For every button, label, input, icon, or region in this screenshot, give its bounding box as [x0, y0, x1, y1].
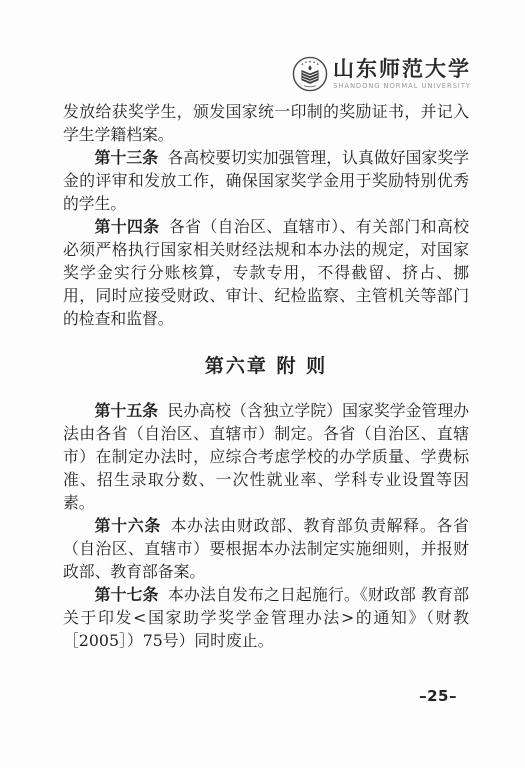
paragraph-article-14: 第十四条各省（自治区、直辖市）、有关部门和高校必须严格执行国家相关财经法规和本办… — [63, 215, 469, 330]
paragraph-continuation: 发放给获奖学生，颁发国家统一印制的奖励证书，并记入学生学籍档案。 — [63, 100, 469, 146]
article-13-label: 第十三条 — [95, 148, 158, 167]
article-15-label: 第十五条 — [95, 401, 158, 420]
chapter-heading: 第六章 附 则 — [63, 355, 469, 378]
paragraph-article-16: 第十六条本办法由财政部、教育部负责解释。各省（自治区、直辖市）要根据本办法制定实… — [63, 514, 469, 583]
university-seal-icon — [292, 56, 328, 92]
paragraph-text: 发放给获奖学生，颁发国家统一印制的奖励证书，并记入学生学籍档案。 — [63, 102, 469, 144]
article-17-label: 第十七条 — [95, 585, 159, 604]
university-wordmark: 山东师范大学 SHANDONG NORMAL UNIVERSITY — [333, 58, 471, 90]
document-body: 发放给获奖学生，颁发国家统一印制的奖励证书，并记入学生学籍档案。 第十三条各高校… — [63, 100, 469, 652]
paragraph-article-15: 第十五条民办高校（含独立学院）国家奖学金管理办法由各省（自治区、直辖市）制定。各… — [63, 399, 469, 514]
article-16-label: 第十六条 — [95, 516, 162, 535]
article-14-label: 第十四条 — [95, 217, 160, 236]
university-name-cn: 山东师范大学 — [333, 58, 471, 80]
university-name-en: SHANDONG NORMAL UNIVERSITY — [333, 82, 471, 90]
page-number: –25– — [419, 687, 457, 705]
paragraph-article-13: 第十三条各高校要切实加强管理，认真做好国家奖学金的评审和发放工作，确保国家奖学金… — [63, 146, 469, 215]
paragraph-article-17: 第十七条本办法自发布之日起施行。《财政部 教育部关于印发<国家助学奖学金管理办法… — [63, 583, 469, 652]
university-header: 山东师范大学 SHANDONG NORMAL UNIVERSITY — [292, 56, 471, 92]
document-page: 山东师范大学 SHANDONG NORMAL UNIVERSITY 发放给获奖学… — [0, 0, 525, 768]
